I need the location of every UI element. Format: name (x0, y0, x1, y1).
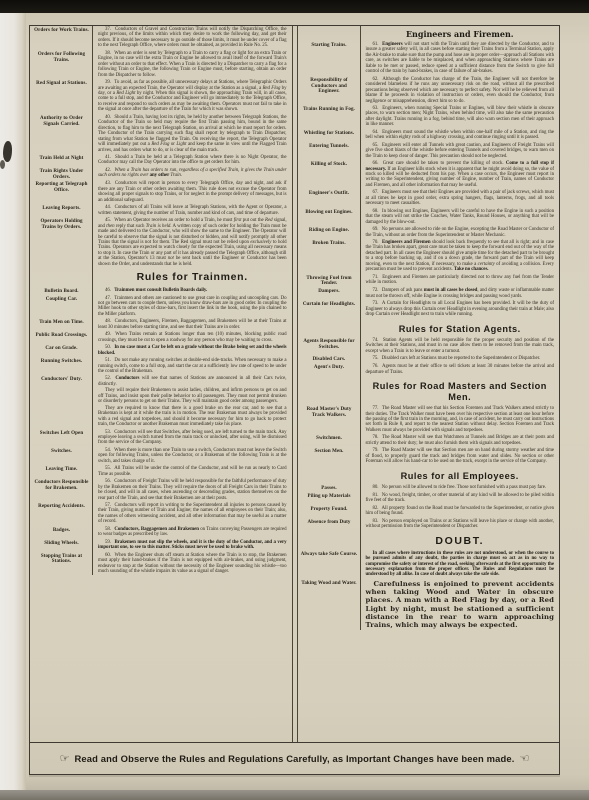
rule-text-cell: 70. Engineers and Firemen should look ba… (360, 239, 560, 274)
rule-number: 82. (373, 506, 381, 511)
rule-text-cell: 49. When Trains remain at Stations longe… (92, 331, 292, 344)
margin-label: Authority to Order Signals Carried. (30, 114, 92, 154)
margin-label: Orders for Following Trains. (30, 50, 92, 79)
section-heading: Rules for Trainmen. (98, 272, 287, 284)
rule-paragraph: 76. Agents must be at their office to se… (366, 364, 555, 375)
rule-paragraph: 79. The Road Master will see that Sectio… (366, 448, 555, 464)
rule-number: 39. (105, 80, 113, 85)
margin-label: Coupling Car. (30, 295, 92, 319)
rule-number: 44. (105, 205, 113, 210)
rule-text-cell: 79. The Road Master will see that Sectio… (360, 447, 560, 465)
rule-text-cell: 55. All Trains will be under the control… (92, 465, 292, 478)
rule-paragraph: 63. Engineers, when running Special Trai… (366, 106, 555, 128)
rule-paragraph: 49. When Trains remain at Stations longe… (98, 332, 287, 343)
rule-row: Coupling Car.47. Trainmen and others are… (30, 295, 292, 319)
margin-label: Blowing out Engines. (298, 208, 360, 226)
rule-number: 41. (105, 155, 113, 160)
rule-number: 51. (105, 358, 113, 363)
rule-text-cell: Rules for all Employees. (360, 466, 560, 485)
rule-paragraph: 57. Conductors will report in writing to… (98, 503, 287, 525)
section-heading-row: Rules for Road Masters and Section Men. (298, 376, 560, 405)
rule-text-cell: 80. No person will be allowed to ride fr… (360, 484, 560, 492)
margin-label: Engineer's Outfit. (298, 189, 360, 207)
rule-row: Sliding Wheels.59. Brakemen must not sli… (30, 539, 292, 552)
rule-paragraph: 71. Engineers and Firemen are particular… (366, 275, 555, 286)
rule-row: Whistling for Stations.64. Engineers mus… (298, 129, 560, 142)
rule-row: Agents Responsible for Switches.74. Stat… (298, 337, 560, 355)
rule-paragraph: 40. Should a Train, having lost its righ… (98, 115, 287, 153)
rule-paragraph: 50. In no case must a Car be left on a g… (98, 345, 287, 356)
rule-row: Train Held at Night41. Should a Train be… (30, 154, 292, 167)
rule-text-cell: 65. Engineers will enter all Tunnels wit… (360, 142, 560, 160)
rule-row: Broken Trains.70. Engineers and Firemen … (298, 239, 560, 274)
scanned-page: Orders for Work Trains.37. Conductors of… (0, 0, 589, 800)
rule-text-cell: 58. Conductors, Baggagemen and Brakemen … (92, 526, 292, 539)
rule-paragraph: 77. The Road Master will see that his Se… (366, 406, 555, 433)
section-heading: Rules for Station Agents. (368, 324, 553, 335)
rule-paragraph: Carefulness is enjoined to prevent accid… (366, 580, 555, 629)
margin-label (298, 376, 360, 405)
rule-number: 79. (373, 448, 381, 453)
rule-number: 45. (105, 218, 113, 223)
rule-row: Killing of Stock.66. Great care should b… (298, 160, 560, 189)
rule-row: Badges.58. Conductors, Baggagemen and Br… (30, 526, 292, 539)
section-heading-row: Rules for Trainmen. (30, 268, 292, 287)
section-heading-row: Rules for all Employees. (298, 466, 560, 485)
rule-number: 69. (373, 227, 381, 232)
margin-label: Killing of Stock. (298, 160, 360, 189)
rule-text-cell: 67. Engineers must see that their Engine… (360, 189, 560, 207)
rule-paragraph: 52. Conductors will see that names of St… (98, 376, 287, 387)
rule-number: 77. (373, 406, 381, 411)
rule-paragraph: They will require their Brakemen to assi… (98, 388, 287, 404)
rule-paragraph: 58. Conductors, Baggagemen and Brakemen … (98, 527, 287, 538)
rule-number: 66. (373, 161, 381, 166)
rule-text-cell: 47. Trainmen and others are cautioned to… (92, 295, 292, 319)
margin-label: Responsibility of Conductors and Enginee… (298, 76, 360, 105)
rule-row: Conductors Responsible for Brakemen.56. … (30, 478, 292, 502)
rule-paragraph: 55. All Trains will be under the control… (98, 466, 287, 477)
rule-paragraph: 82. All property found on the Road must … (366, 506, 555, 517)
column-right: Engineers and Firemen.Starting Trains.61… (298, 26, 560, 742)
pointing-hand-left-icon: ☜ (520, 753, 530, 764)
margin-label: Agent's Duty. (298, 363, 360, 376)
rule-text-cell: 61. Engineers will not start with the Tr… (360, 41, 560, 76)
margin-label: Conductors' Duty. (30, 375, 92, 428)
margin-label: Switchmen. (298, 434, 360, 447)
rule-row: Train Rights Under Orders.42. When a Tra… (30, 167, 292, 181)
rule-text-cell: 83. No person employed on Trains or at S… (360, 518, 560, 531)
rule-paragraph: 45. When an Operator receives an order t… (98, 218, 287, 267)
rule-number: 70. (373, 240, 381, 245)
rule-number: 76. (373, 364, 381, 369)
rule-row: Passes.80. No person will be allowed to … (298, 484, 560, 492)
margin-label (298, 319, 360, 338)
rule-text-cell: 41. Should a Train be held at a Telegrap… (92, 154, 292, 167)
margin-label: Dampers. (298, 287, 360, 300)
margin-label: Operators Holding Trains by Orders. (30, 217, 92, 268)
rule-number: 43. (105, 181, 113, 186)
margin-label: Running Switches. (30, 357, 92, 375)
rule-paragraph: 72. Dampers of ash pans must in all case… (366, 288, 555, 299)
column-left-blocks: Orders for Work Trains.37. Conductors of… (30, 26, 292, 575)
rule-number: 63. (373, 106, 381, 111)
margin-label (298, 26, 360, 41)
rule-text-cell: 50. In no case must a Car be left on a g… (92, 344, 292, 357)
margin-label: Section Men. (298, 447, 360, 465)
rule-number: 42. (105, 168, 113, 173)
rule-text-cell: 52. Conductors will see that names of St… (92, 375, 292, 428)
page-left-edge (0, 13, 26, 792)
rule-text-cell: Carefulness is enjoined to prevent accid… (360, 579, 560, 630)
margin-label: Switches Left Open (30, 429, 92, 447)
margin-label (298, 531, 360, 550)
margin-label: Always take Safe Course. (298, 550, 360, 579)
rule-row: Bulletin Board.46. Trainmen must consult… (30, 287, 292, 295)
section-heading: DOUBT. (366, 536, 555, 547)
margin-label: Leaving Reports. (30, 204, 92, 217)
rule-text-cell: 54. When there is more than one Train to… (92, 447, 292, 465)
rule-row: Reporting at Telegraph Office.43. Conduc… (30, 180, 292, 204)
rule-row: Running Switches.51. Do not make any run… (30, 357, 292, 375)
rule-paragraph: 53. Conductors will see that Switches, a… (98, 430, 287, 446)
rule-text-cell: Rules for Station Agents. (360, 319, 560, 338)
rule-text-cell: 82. All property found on the Road must … (360, 505, 560, 518)
rule-row: Riding on Engine.69. No persons are allo… (298, 226, 560, 239)
ink-spot (0, 160, 5, 169)
rule-row: Taking Wood and Water.Carefulness is enj… (298, 579, 560, 630)
margin-label (30, 268, 92, 287)
rule-text-cell: 57. Conductors will report in writing to… (92, 502, 292, 526)
rule-row: Property Found.82. All property found on… (298, 505, 560, 518)
rule-number: 58. (105, 527, 113, 532)
margin-label: Train Held at Night (30, 154, 92, 167)
rule-paragraph: 70. Engineers and Firemen should look ba… (366, 240, 555, 273)
rule-row: Operators Holding Trains by Orders.45. W… (30, 217, 292, 268)
rule-paragraph: 56. Conductors of Freight Trains will be… (98, 479, 287, 501)
rule-text-cell: 59. Brakemen must not slip the wheels, a… (92, 539, 292, 552)
rule-text-cell: 38. When an order is sent by Telegraph t… (92, 50, 292, 79)
rule-row: Piling up Materials81. No wood, freight,… (298, 492, 560, 505)
rule-paragraph: 81. No wood, freight, timber, or other m… (366, 493, 555, 504)
rule-text-cell: 37. Conductors of Gravel and Constructio… (92, 26, 292, 50)
rule-paragraph: They are required to know that there is … (98, 406, 287, 428)
rule-row: Orders for Work Trains.37. Conductors of… (30, 26, 292, 50)
rule-row: Engineer's Outfit.67. Engineers must see… (298, 189, 560, 207)
rule-text-cell: 74. Station Agents will be held responsi… (360, 337, 560, 355)
rule-paragraph: 41. Should a Train be held at a Telegrap… (98, 155, 287, 166)
rule-paragraph: 44. Conductors of all Trains will leave … (98, 205, 287, 216)
rule-paragraph: 73. A Curtain for Headlights to all Loca… (366, 301, 555, 317)
rule-row: Blowing out Engines.68. In blowing out E… (298, 208, 560, 226)
rule-text-cell: 72. Dampers of ash pans must in all case… (360, 287, 560, 300)
rule-row: Train Men on Time.48. Conductors, Engine… (30, 318, 292, 331)
rule-text-cell: 48. Conductors, Engineers, Firemen, Bagg… (92, 318, 292, 331)
margin-label: Riding on Engine. (298, 226, 360, 239)
rule-paragraph: 66. Great care should be taken to preven… (366, 161, 555, 188)
rule-paragraph: 46. Trainmen must consult Bulletin Board… (98, 288, 287, 293)
rule-paragraph: 59. Brakemen must not slip the wheels, a… (98, 540, 287, 551)
rule-paragraph: 83. No person employed on Trains or at S… (366, 519, 555, 530)
rule-number: 73. (373, 301, 381, 306)
margin-label: Sliding Wheels. (30, 539, 92, 552)
rule-text-cell: 75. Disabled cars left at Stations must … (360, 355, 560, 363)
rule-number: 50. (105, 345, 113, 350)
rule-number: 52. (105, 376, 113, 381)
margin-label (298, 466, 360, 485)
rule-number: 62. (373, 77, 381, 82)
rule-number: 83. (373, 519, 381, 524)
rule-text-cell: 63. Engineers, when running Special Trai… (360, 105, 560, 129)
rule-paragraph: 69. No persons are allowed to ride on th… (366, 227, 555, 238)
margin-label: Curtain for Headlights. (298, 300, 360, 318)
rule-text-cell: 53. Conductors will see that Switches, a… (92, 429, 292, 447)
footer-banner-text: Read and Observe the Rules and Regulatio… (74, 753, 514, 764)
rule-row: Stopping Trains at Stations.60. When the… (30, 552, 292, 576)
rule-row: Curtain for Headlights.73. A Curtain for… (298, 300, 560, 318)
margin-label: Starting Trains. (298, 41, 360, 76)
rule-paragraph: 42. When a Train has orders to run, rega… (98, 168, 287, 179)
rule-text-cell: 46. Trainmen must consult Bulletin Board… (92, 287, 292, 295)
margin-label: Stopping Trains at Stations. (30, 552, 92, 576)
rule-text-cell: 78. The Road Master will see that Watchm… (360, 434, 560, 447)
rule-paragraph: 60. When the Engineer shuts off steam at… (98, 553, 287, 575)
rule-paragraph: 37. Conductors of Gravel and Constructio… (98, 27, 287, 49)
rule-row: Road Master's DutyTrack Walkers.77. The … (298, 405, 560, 434)
rule-text-cell: 76. Agents must be at their office to se… (360, 363, 560, 376)
rule-text-cell: 62. Although the Conductor has charge of… (360, 76, 560, 105)
rule-row: Dampers.72. Dampers of ash pans must in … (298, 287, 560, 300)
rule-text-cell: 51. Do not make any running switches at … (92, 357, 292, 375)
rule-text-cell: 68. In blowing out Engines, Engineers wi… (360, 208, 560, 226)
rule-row: Starting Trains.61. Engineers will not s… (298, 41, 560, 76)
rule-text-cell: 45. When an Operator receives an order t… (92, 217, 292, 268)
rule-number: 67. (373, 190, 381, 195)
section-heading: Rules for all Employees. (368, 471, 553, 482)
rule-row: Car on Grade.50. In no case must a Car b… (30, 344, 292, 357)
margin-label: Agents Responsible for Switches. (298, 337, 360, 355)
column-right-blocks: Engineers and Firemen.Starting Trains.61… (298, 26, 560, 630)
rule-row: Leaving Reports.44. Conductors of all Tr… (30, 204, 292, 217)
rule-paragraph: 39. To avoid, as far as possible, all un… (98, 80, 287, 113)
rule-paragraph: In all cases where instructions in these… (366, 551, 555, 578)
margin-label: Property Found. (298, 505, 360, 518)
rule-row: Always take Safe Course.In all cases whe… (298, 550, 560, 579)
rule-row: Red Signal at Stations.39. To avoid, as … (30, 79, 292, 114)
rule-paragraph: 47. Trainmen and others are cautioned to… (98, 296, 287, 318)
margin-label: Entering Tunnels. (298, 142, 360, 160)
rule-number: 49. (105, 332, 113, 337)
rulebook-frame: Orders for Work Trains.37. Conductors of… (29, 25, 560, 775)
rule-text-cell: In all cases where instructions in these… (360, 550, 560, 579)
margin-label: Public Road Crossings. (30, 331, 92, 344)
margin-label: Reporting at Telegraph Office. (30, 180, 92, 204)
margin-label: Conductors Responsible for Brakemen. (30, 478, 92, 502)
rule-number: 55. (105, 466, 113, 471)
rule-paragraph: 62. Although the Conductor has charge of… (366, 77, 555, 104)
rule-text-cell: 40. Should a Train, having lost its righ… (92, 114, 292, 154)
rule-text-cell: 66. Great care should be taken to preven… (360, 160, 560, 189)
rule-number: 74. (373, 338, 381, 343)
columns-area: Orders for Work Trains.37. Conductors of… (30, 26, 559, 742)
rule-number: 38. (105, 51, 113, 56)
section-heading: Rules for Road Masters and Section Men. (368, 381, 553, 402)
rule-row: Disabled Cars.75. Disabled cars left at … (298, 355, 560, 363)
rule-row: Conductors' Duty.52. Conductors will see… (30, 375, 292, 428)
scan-top-edge (0, 0, 589, 13)
rule-paragraph: 80. No person will be allowed to ride fr… (366, 485, 555, 490)
margin-label: Orders for Work Trains. (30, 26, 92, 50)
rule-number: 46. (105, 288, 113, 293)
rule-row: Public Road Crossings.49. When Trains re… (30, 331, 292, 344)
rule-number: 68. (373, 209, 381, 214)
rule-number: 37. (105, 27, 113, 32)
rule-text-cell: Rules for Trainmen. (92, 268, 292, 287)
section-heading: Engineers and Firemen. (366, 29, 555, 39)
rule-row: Authority to Order Signals Carried.40. S… (30, 114, 292, 154)
rule-row: Entering Tunnels.65. Engineers will ente… (298, 142, 560, 160)
rule-row: Leaving Time.55. All Trains will be unde… (30, 465, 292, 478)
rule-text-cell: DOUBT. (360, 531, 560, 550)
rule-paragraph: 61. Engineers will not start with the Tr… (366, 42, 555, 75)
rule-number: 65. (373, 143, 381, 148)
rule-text-cell: 69. No persons are allowed to ride on th… (360, 226, 560, 239)
section-heading-row: DOUBT. (298, 531, 560, 550)
margin-label: Leaving Time. (30, 465, 92, 478)
rule-number: 47. (105, 296, 113, 301)
rule-number: 40. (105, 115, 113, 120)
margin-label: Disabled Cars. (298, 355, 360, 363)
margin-label: Trains Running in Fog. (298, 105, 360, 129)
margin-label: Passes. (298, 484, 360, 492)
rule-row: Throwing Fuel from Tender.71. Engineers … (298, 274, 560, 288)
rule-row: Orders for Following Trains.38. When an … (30, 50, 292, 79)
margin-label: Broken Trains. (298, 239, 360, 274)
rule-text-cell: 56. Conductors of Freight Trains will be… (92, 478, 292, 502)
rule-number: 71. (373, 275, 381, 280)
margin-label: Whistling for Stations. (298, 129, 360, 142)
rule-row: Trains Running in Fog.63. Engineers, whe… (298, 105, 560, 129)
rule-text-cell: 60. When the Engineer shuts off steam at… (92, 552, 292, 576)
rule-number: 56. (105, 479, 113, 484)
rule-text-cell: 64. Engineers must sound the whistle whe… (360, 129, 560, 142)
rule-paragraph: 43. Conductors will report in person to … (98, 181, 287, 203)
rule-paragraph: 38. When an order is sent by Telegraph t… (98, 51, 287, 78)
rule-number: 78. (373, 435, 381, 440)
rule-row: Responsibility of Conductors and Enginee… (298, 76, 560, 105)
rule-paragraph: 74. Station Agents will be held responsi… (366, 338, 555, 354)
rule-text-cell: Rules for Road Masters and Section Men. (360, 376, 560, 405)
rule-row: Switches Left Open53. Conductors will se… (30, 429, 292, 447)
margin-label: Bulletin Board. (30, 287, 92, 295)
margin-label: Badges. (30, 526, 92, 539)
rule-number: 72. (373, 288, 381, 293)
rule-number: 61. (373, 42, 381, 47)
rule-text-cell: 42. When a Train has orders to run, rega… (92, 167, 292, 181)
rule-row: Reporting Accidents.57. Conductors will … (30, 502, 292, 526)
rule-text-cell: 39. To avoid, as far as possible, all un… (92, 79, 292, 114)
rule-row: Absence from Duty83. No person employed … (298, 518, 560, 531)
rule-text-cell: 77. The Road Master will see that his Se… (360, 405, 560, 434)
rule-number: 81. (373, 493, 381, 498)
rule-number: 64. (373, 130, 381, 135)
pointing-hand-right-icon: ☞ (60, 753, 70, 764)
rule-number: 59. (105, 540, 113, 545)
rule-paragraph: 64. Engineers must sound the whistle whe… (366, 130, 555, 141)
footer-banner: ☞ Read and Observe the Rules and Regulat… (30, 742, 559, 774)
section-heading-row: Engineers and Firemen. (298, 26, 560, 41)
rule-text-cell: 71. Engineers and Firemen are particular… (360, 274, 560, 288)
rule-row: Switches.54. When there is more than one… (30, 447, 292, 465)
rule-number: 54. (105, 448, 113, 453)
rule-text-cell: 81. No wood, freight, timber, or other m… (360, 492, 560, 505)
rule-paragraph: 48. Conductors, Engineers, Firemen, Bagg… (98, 319, 287, 330)
section-heading-row: Rules for Station Agents. (298, 319, 560, 338)
margin-label: Car on Grade. (30, 344, 92, 357)
rule-paragraph: 65. Engineers will enter all Tunnels wit… (366, 143, 555, 159)
margin-label: Train Men on Time. (30, 318, 92, 331)
rule-number: 60. (105, 553, 113, 558)
rule-row: Agent's Duty.76. Agents must be at their… (298, 363, 560, 376)
rule-paragraph: 51. Do not make any running switches at … (98, 358, 287, 374)
rule-number: 53. (105, 430, 113, 435)
rule-paragraph: 67. Engineers must see that their Engine… (366, 190, 555, 206)
margin-label: Road Master's DutyTrack Walkers. (298, 405, 360, 434)
rule-text-cell: 73. A Curtain for Headlights to all Loca… (360, 300, 560, 318)
rule-text-cell: 43. Conductors will report in person to … (92, 180, 292, 204)
rule-row: Switchmen.78. The Road Master will see t… (298, 434, 560, 447)
margin-label: Switches. (30, 447, 92, 465)
rule-text-cell: Engineers and Firemen. (360, 26, 560, 41)
rule-paragraph: 78. The Road Master will see that Watchm… (366, 435, 555, 446)
margin-label: Train Rights Under Orders. (30, 167, 92, 181)
rule-number: 75. (373, 356, 381, 361)
margin-label: Red Signal at Stations. (30, 79, 92, 114)
rule-paragraph: 75. Disabled cars left at Stations must … (366, 356, 555, 361)
margin-label: Reporting Accidents. (30, 502, 92, 526)
rule-number: 80. (373, 485, 381, 490)
rule-paragraph: 68. In blowing out Engines, Engineers wi… (366, 209, 555, 225)
rule-number: 48. (105, 319, 113, 324)
column-left: Orders for Work Trains.37. Conductors of… (30, 26, 292, 742)
scan-bottom-edge (0, 790, 589, 800)
margin-label: Taking Wood and Water. (298, 579, 360, 630)
rule-number: 57. (105, 503, 113, 508)
margin-label: Absence from Duty (298, 518, 360, 531)
margin-label: Throwing Fuel from Tender. (298, 274, 360, 288)
rule-text-cell: 44. Conductors of all Trains will leave … (92, 204, 292, 217)
margin-label: Piling up Materials (298, 492, 360, 505)
rule-row: Section Men.79. The Road Master will see… (298, 447, 560, 465)
rule-paragraph: 54. When there is more than one Train to… (98, 448, 287, 464)
